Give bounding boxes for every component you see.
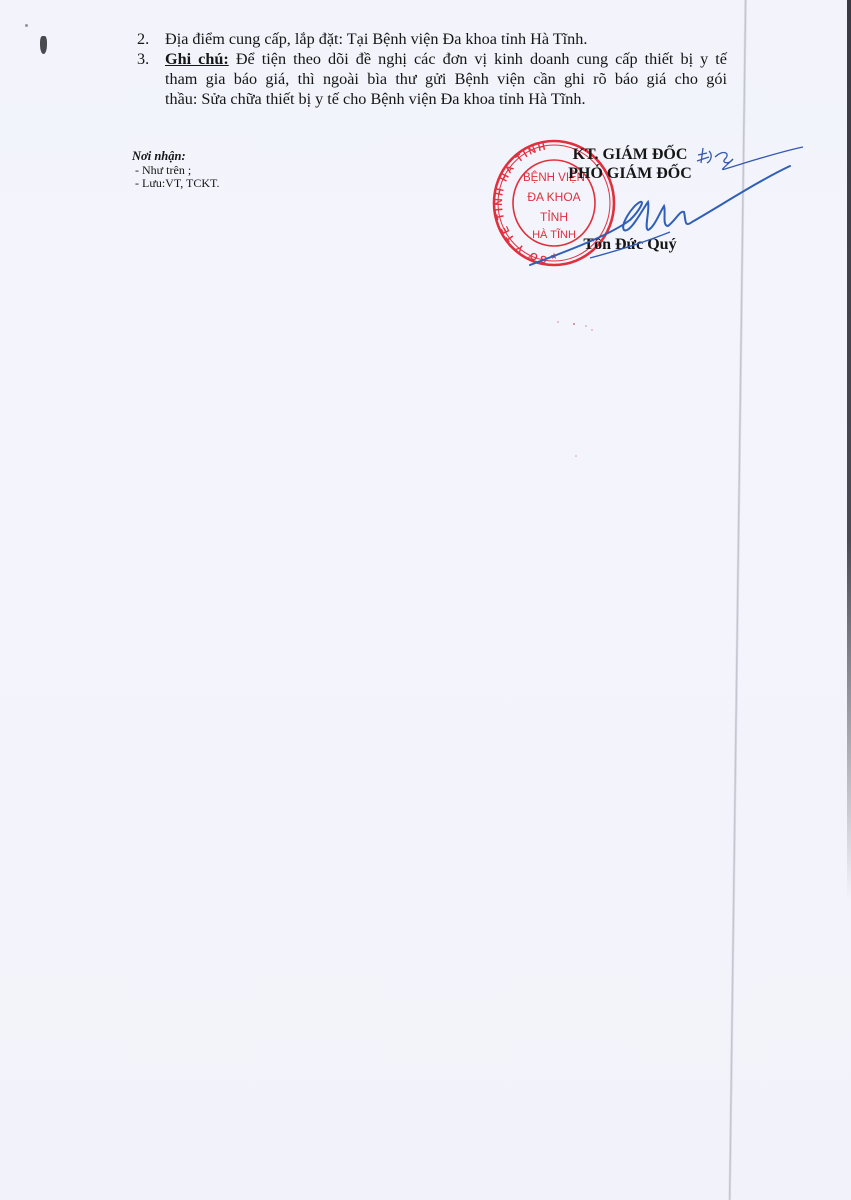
scan-specks [540,300,620,500]
note-line-1: Ghi chú: Để tiện theo dõi đề nghị các đơ… [165,49,727,69]
scanned-page: 2. Địa điểm cung cấp, lắp đặt: Tại Bệnh … [0,0,851,1200]
list-item-note: 3. Ghi chú: Để tiện theo dõi đề nghị các… [137,49,727,109]
signature-title-1: KT. GIÁM ĐỐC [540,145,720,164]
recipient-line: - Lưu:VT, TCKT. [132,177,220,191]
signature-block: KT. GIÁM ĐỐC PHÓ GIÁM ĐỐC Tôn Đức Quý [540,145,720,254]
signer-name: Tôn Đức Quý [540,235,720,254]
list-item-location: 2. Địa điểm cung cấp, lắp đặt: Tại Bệnh … [137,29,727,49]
recipients-title: Nơi nhận: [132,150,220,164]
scan-speck [25,24,28,27]
list-number: 3. [137,49,149,69]
note-line-3: thầu: Sửa chữa thiết bị y tế cho Bệnh vi… [165,89,727,109]
recipients-block: Nơi nhận: - Như trên ; - Lưu:VT, TCKT. [132,150,220,191]
note-label: Ghi chú: [165,50,229,68]
initial-mark [695,145,805,185]
punch-hole-mark [40,36,47,54]
note-line-2: tham gia báo giá, thì ngoài bìa thư gửi … [165,69,727,89]
signature-title-2: PHÓ GIÁM ĐỐC [540,164,720,183]
list-number: 2. [137,29,149,49]
list-item-text: Địa điểm cung cấp, lắp đặt: Tại Bệnh việ… [165,30,587,48]
numbered-list: 2. Địa điểm cung cấp, lắp đặt: Tại Bệnh … [137,29,727,109]
scan-right-edge [847,0,851,900]
recipient-line: - Như trên ; [132,164,220,178]
